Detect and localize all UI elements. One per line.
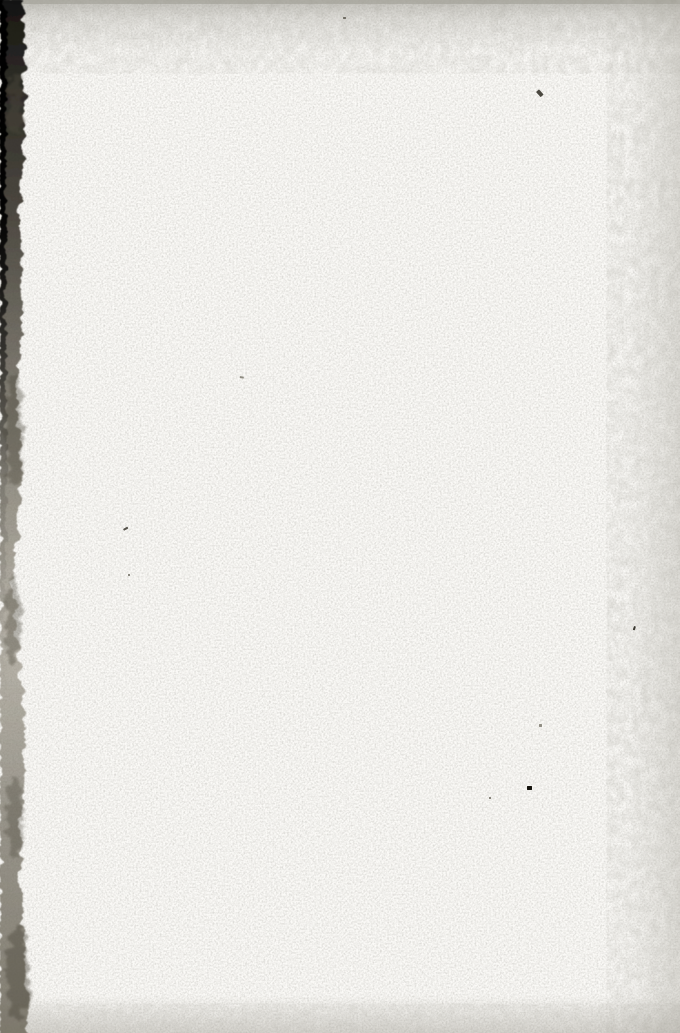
page-scan-texture [0, 0, 680, 1033]
ink-speck [489, 797, 491, 799]
ink-speck [527, 786, 532, 790]
top-edge-shading [0, 0, 680, 52]
edge-blotch [5, 575, 21, 665]
right-edge-mottle [610, 0, 680, 1033]
ink-speck [539, 724, 542, 727]
edge-blotch [9, 75, 23, 135]
ink-speck [343, 17, 346, 19]
scanned-page [0, 0, 680, 1033]
top-edge-line [0, 0, 680, 4]
binding-edge-black-line [0, 0, 6, 700]
paper-grain-texture [0, 0, 680, 1033]
bottom-edge-mottle [0, 1005, 680, 1033]
edge-blotch [7, 780, 23, 860]
edge-blotch [5, 375, 23, 485]
ink-speck [128, 574, 130, 576]
edge-blotch [7, 925, 29, 1025]
